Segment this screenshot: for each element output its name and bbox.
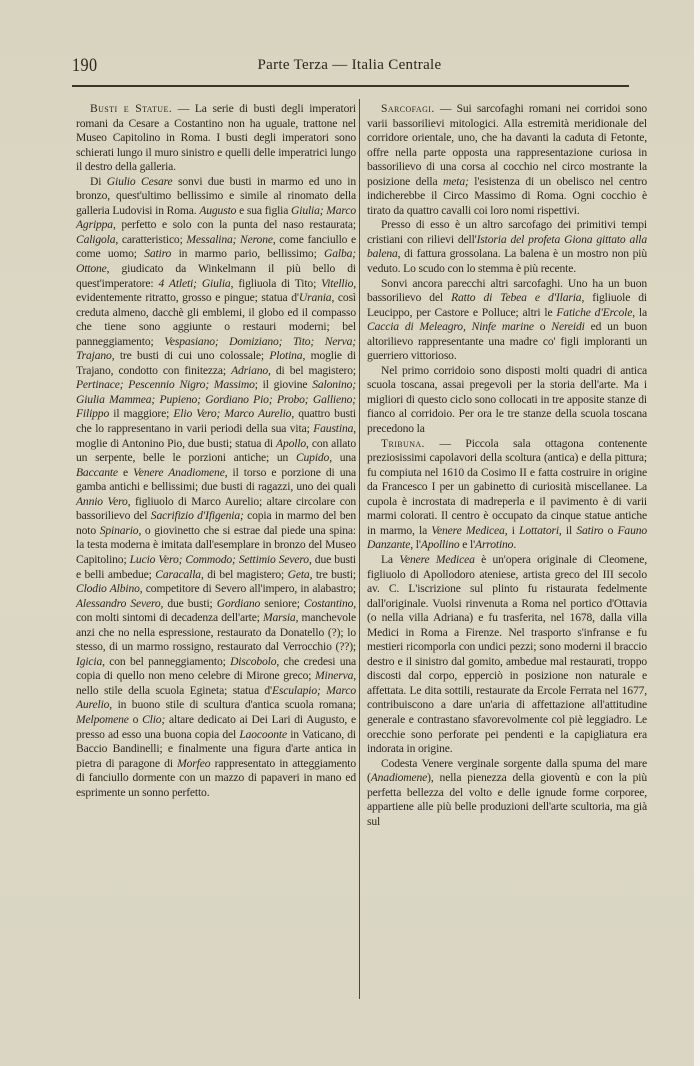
italic-term: Lucio Vero; Commodo; Settimio Severo: [130, 553, 309, 566]
italic-term: Apollino: [421, 538, 460, 551]
body-text: , in buono stile di scultura d'antica sc…: [109, 698, 356, 711]
paragraph: Presso di esso è un altro sarcofago dei …: [367, 218, 647, 276]
body-text: ; il giovine: [255, 378, 313, 391]
paragraph: Sonvi ancora parecchi altri sarcofaghi. …: [367, 277, 647, 364]
running-title: Parte Terza — Italia Centrale: [72, 57, 627, 74]
body-text: , l': [410, 538, 421, 551]
italic-term: Marsia: [263, 611, 296, 624]
italic-term: Costantino: [304, 597, 353, 610]
italic-term: Venere Anadiomene: [133, 466, 225, 479]
italic-term: Augusto: [199, 204, 236, 217]
body-text: — Piccola sala ottagona contenente prezi…: [367, 437, 647, 537]
header-rule: [72, 85, 629, 87]
body-text: è un'opera originale di Cleomene, figliu…: [367, 553, 647, 755]
section-heading: Sarcofagi.: [381, 102, 435, 115]
body-text: seniore;: [260, 597, 304, 610]
body-text: , perfetto e solo con la punta del naso …: [113, 218, 356, 231]
italic-term: Caccia di Meleagro, Ninfe marine: [367, 320, 534, 333]
body-text: , con bel panneggiamento;: [102, 655, 230, 668]
italic-term: Sacrifizio d'Ifigenia;: [151, 509, 244, 522]
italic-term: Satiro: [576, 524, 603, 537]
italic-term: 4 Atleti; Giulia: [158, 277, 230, 290]
italic-term: Annio Vero: [76, 495, 128, 508]
paragraph: La Venere Medicea è un'opera originale d…: [367, 553, 647, 757]
paragraph: Busti e Statue. — La serie di busti degl…: [76, 102, 356, 175]
italic-term: Discobolo: [230, 655, 276, 668]
body-text: La: [381, 553, 399, 566]
italic-term: Anadiomene: [371, 771, 427, 784]
section-heading: Busti e Statue.: [90, 102, 172, 115]
italic-term: Elio Vero; Marco Aurelio: [173, 407, 291, 420]
body-text: , una: [329, 451, 356, 464]
body-text: , di bel magistero;: [268, 364, 356, 377]
italic-term: Melpomene: [76, 713, 129, 726]
paragraph: Nel primo corridoio sono disposti molti …: [367, 364, 647, 437]
italic-term: Fatiche d'Ercole: [556, 306, 632, 319]
body-text: o: [129, 713, 142, 726]
italic-term: Vitellio: [321, 277, 353, 290]
italic-term: Satiro: [144, 247, 171, 260]
body-text: il maggiore;: [109, 407, 173, 420]
body-text: , due busti;: [161, 597, 217, 610]
italic-term: Nereidi: [551, 320, 584, 333]
body-text: , la: [632, 306, 647, 319]
italic-term: Venere Medicea: [399, 553, 474, 566]
italic-term: Plotina: [269, 349, 302, 362]
italic-term: Gordiano: [217, 597, 260, 610]
italic-term: Cupido: [296, 451, 329, 464]
book-page: 190 Parte Terza — Italia Centrale Busti …: [0, 0, 700, 1066]
body-text: , tre busti;: [310, 568, 356, 581]
italic-term: Giulio Cesare: [107, 175, 173, 188]
right-column: Sarcofagi. — Sui sarcofaghi romani nei c…: [367, 102, 647, 829]
italic-term: Clio;: [142, 713, 165, 726]
italic-term: Apollo: [276, 437, 306, 450]
body-text: o: [534, 320, 552, 333]
body-text: e l': [460, 538, 476, 551]
italic-term: Venere Medicea: [431, 524, 504, 537]
italic-term: Ratto di Tebea e d'Ilaria: [451, 291, 581, 304]
body-text: o: [603, 524, 617, 537]
body-text: e sua figlia: [236, 204, 291, 217]
body-text: , di bel magistero;: [201, 568, 288, 581]
body-text: Nel primo corridoio sono disposti molti …: [367, 364, 647, 435]
paragraph: Codesta Venere verginale sorgente dalla …: [367, 757, 647, 830]
italic-term: Clodio Albino: [76, 582, 140, 595]
italic-term: Geta: [288, 568, 310, 581]
body-text: , caratteristico;: [115, 233, 186, 246]
italic-term: Lottatori: [519, 524, 559, 537]
italic-term: Caracalla: [155, 568, 201, 581]
section-heading: Tribuna.: [381, 437, 425, 450]
body-text: .: [513, 538, 516, 551]
italic-term: Arrotino: [475, 538, 513, 551]
italic-term: Faustina: [313, 422, 353, 435]
italic-term: Caligola: [76, 233, 115, 246]
italic-term: Alessandro Severo: [76, 597, 161, 610]
body-text: , figliuola di Tito;: [231, 277, 322, 290]
italic-term: meta;: [443, 175, 469, 188]
italic-term: Morfeo: [177, 757, 210, 770]
body-text: , il: [559, 524, 576, 537]
body-text: in marmo pario, bellissimo;: [171, 247, 324, 260]
italic-term: Adriano: [231, 364, 268, 377]
italic-term: Minerva: [315, 669, 353, 682]
italic-term: Pertinace; Pescennio Nigro; Massimo: [76, 378, 255, 391]
body-text: e: [118, 466, 133, 479]
italic-term: Spinario: [100, 524, 139, 537]
page-edge: [694, 0, 700, 1066]
body-text: , di fattura grossolana. La balena è un …: [367, 247, 647, 275]
italic-term: Messalina; Nerone: [186, 233, 273, 246]
italic-term: Urania: [299, 291, 332, 304]
italic-term: Igicia: [76, 655, 102, 668]
paragraph: Sarcofagi. — Sui sarcofaghi romani nei c…: [367, 102, 647, 218]
body-text: , i: [505, 524, 519, 537]
body-text: Di: [90, 175, 107, 188]
body-text: , competitore di Severo all'impero, in a…: [140, 582, 356, 595]
paragraph: Di Giulio Cesare sonvi due busti in marm…: [76, 175, 356, 801]
body-text: , tre busti di cui uno colossale;: [112, 349, 270, 362]
left-column: Busti e Statue. — La serie di busti degl…: [76, 102, 356, 800]
paragraph: Tribuna. — Piccola sala ottagona contene…: [367, 437, 647, 553]
italic-term: Laocoonte: [239, 728, 287, 741]
italic-term: Baccante: [76, 466, 118, 479]
page-header: 190 Parte Terza — Italia Centrale: [72, 55, 627, 79]
column-divider: [359, 99, 360, 999]
